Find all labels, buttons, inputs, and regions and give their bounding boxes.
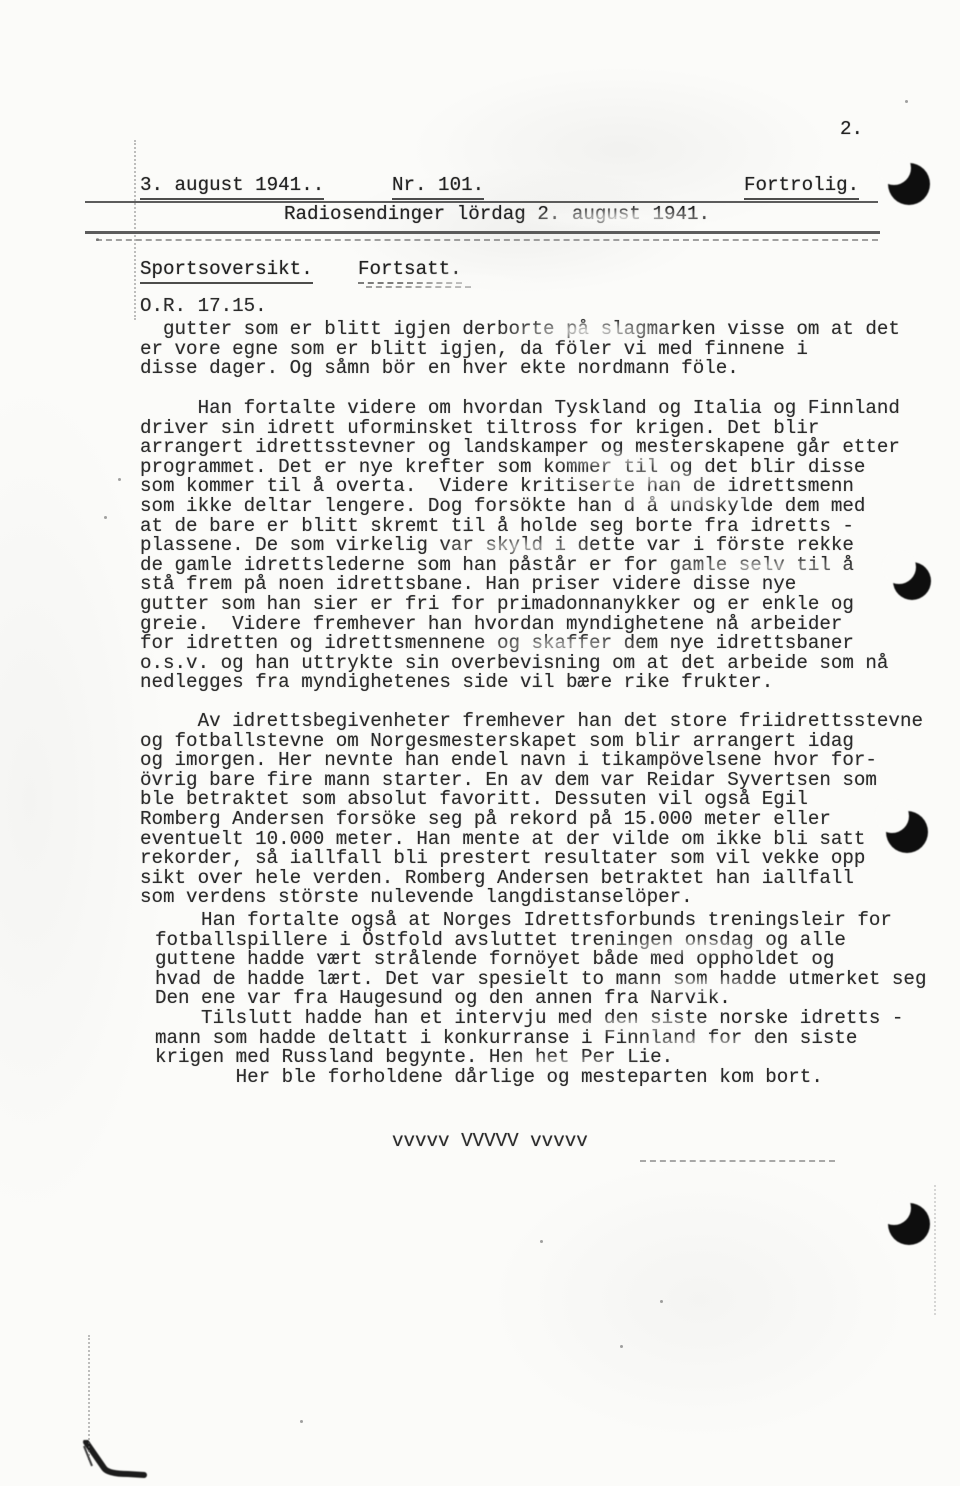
- hole-punch-mark: [893, 562, 931, 600]
- section-continuation-label: Fortsatt.: [358, 260, 462, 284]
- margin-dots: [934, 1185, 936, 1315]
- hole-punch-mark: [888, 1203, 930, 1245]
- noise-speck: [905, 100, 908, 103]
- noise-speck: [104, 516, 107, 519]
- paragraph-2: Han fortalte videre om hvordan Tyskland …: [140, 399, 900, 693]
- header-rule-bottom: [85, 231, 880, 234]
- noise-speck: [300, 1420, 303, 1423]
- header-subtitle: Radiosendinger lördag 2. august 1941.: [284, 205, 710, 225]
- page-number: 2.: [840, 120, 863, 140]
- paragraph-3: Av idrettsbegivenheter fremhever han det…: [140, 712, 923, 908]
- header-classification: Fortrolig.: [744, 176, 859, 200]
- noise-speck: [620, 1345, 623, 1348]
- header-issue-number: Nr. 101.: [392, 176, 484, 200]
- section-underline-dashes: [366, 286, 471, 288]
- header-rule-dashed: [96, 239, 878, 241]
- broadcast-time: O.R. 17.15.: [140, 297, 267, 317]
- section-title: Sportsoversikt.: [140, 260, 313, 284]
- hole-punch-mark: [888, 163, 930, 205]
- paragraph-1: gutter som er blitt igjen derborte på sl…: [140, 320, 900, 379]
- smudge-line: [640, 1160, 835, 1162]
- corner-fold-mark: [82, 1440, 166, 1482]
- noise-speck: [96, 238, 99, 241]
- paragraph-4: Han fortalte også at Norges Idrettsforbu…: [155, 911, 926, 1087]
- noise-speck: [118, 478, 121, 481]
- closing-mark: vvvvv VVVVV vvvvv: [392, 1132, 588, 1152]
- hole-punch-mark: [886, 811, 928, 853]
- margin-dots: [134, 140, 136, 320]
- noise-speck: [660, 1300, 663, 1303]
- header-date: 3. august 1941..: [140, 176, 324, 200]
- scanned-document-page: 2. 3. august 1941.. Nr. 101. Fortrolig. …: [0, 0, 960, 1486]
- noise-speck: [540, 1240, 543, 1243]
- margin-dots: [88, 1335, 90, 1460]
